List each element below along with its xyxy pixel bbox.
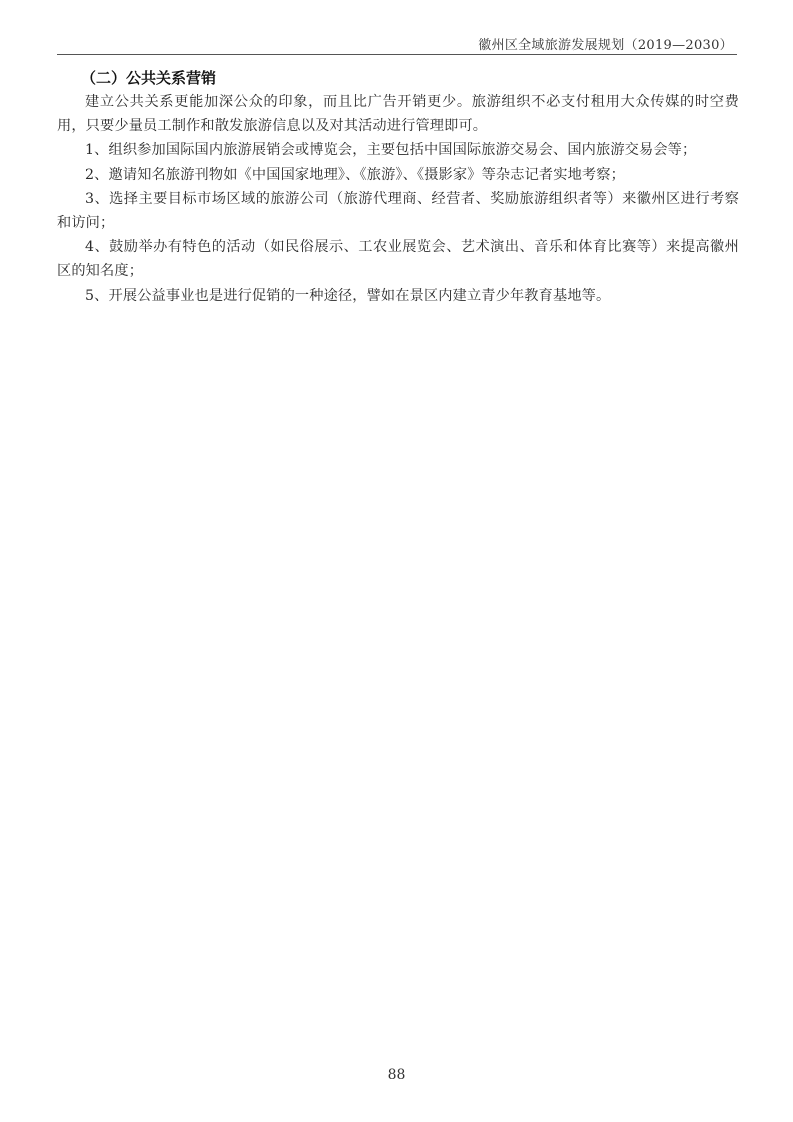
list-item-3: 3、选择主要目标市场区域的旅游公司（旅游代理商、经营者、奖励旅游组织者等）来徽州… bbox=[57, 187, 739, 235]
intro-paragraph: 建立公共关系更能加深公众的印象，而且比广告开销更少。旅游组织不必支付租用大众传媒… bbox=[57, 90, 739, 138]
page-header: 徽州区全域旅游发展规划（2019—2030） bbox=[57, 34, 737, 55]
list-item-4: 4、鼓励举办有特色的活动（如民俗展示、工农业展览会、艺术演出、音乐和体育比赛等）… bbox=[57, 235, 739, 283]
section-heading: （二）公共关系营销 bbox=[57, 66, 739, 90]
page-content: （二）公共关系营销 建立公共关系更能加深公众的印象，而且比广告开销更少。旅游组织… bbox=[57, 66, 739, 308]
list-item-5: 5、开展公益事业也是进行促销的一种途径，譬如在景区内建立青少年教育基地等。 bbox=[57, 284, 739, 308]
page-number: 88 bbox=[0, 1067, 793, 1083]
list-item-2: 2、邀请知名旅游刊物如《中国国家地理》、《旅游》、《摄影家》等杂志记者实地考察； bbox=[57, 163, 739, 187]
list-item-1: 1、组织参加国际国内旅游展销会或博览会，主要包括中国国际旅游交易会、国内旅游交易… bbox=[57, 138, 739, 162]
document-title: 徽州区全域旅游发展规划（2019—2030） bbox=[478, 38, 737, 53]
